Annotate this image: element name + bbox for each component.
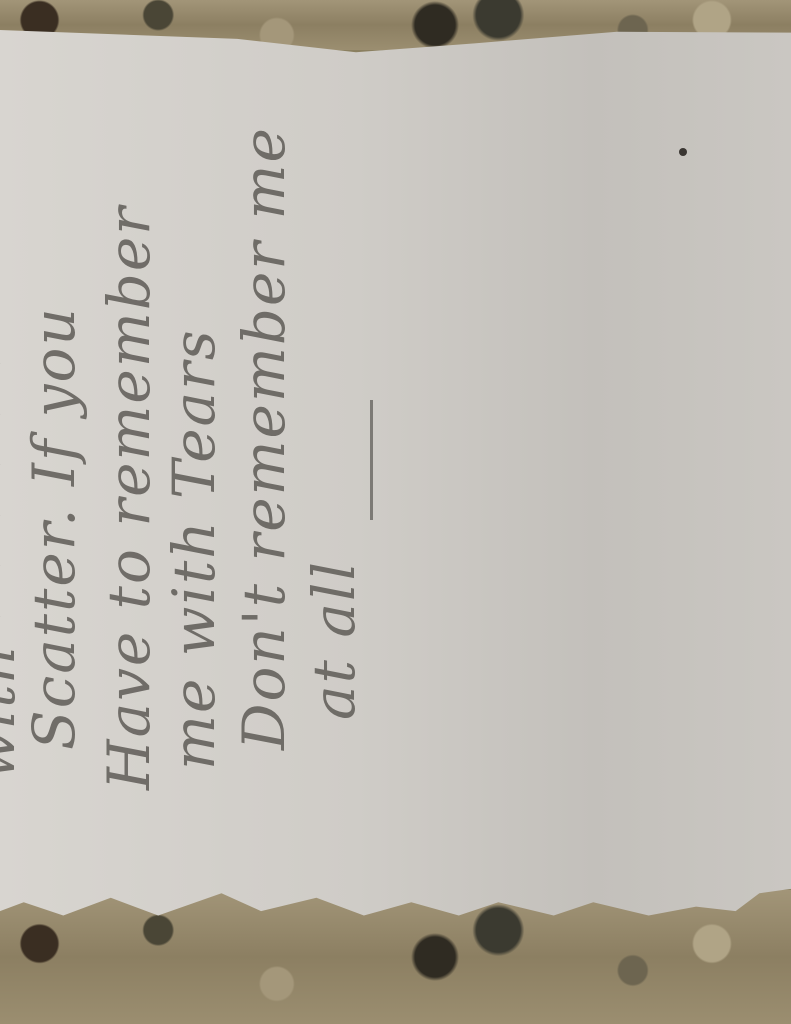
- note-line-3: Have to remember: [95, 205, 163, 790]
- handwritten-note: with ~~~~~~ Scatter. If you Have to reme…: [0, 0, 420, 810]
- underline-mark: [370, 400, 373, 520]
- note-line-4: me with Tears: [160, 328, 228, 770]
- note-line-6: at all: [300, 560, 368, 720]
- note-line-5: Don't remember me: [230, 126, 298, 750]
- note-line-2: Scatter. If you: [20, 306, 88, 750]
- paper-speck: [679, 148, 687, 156]
